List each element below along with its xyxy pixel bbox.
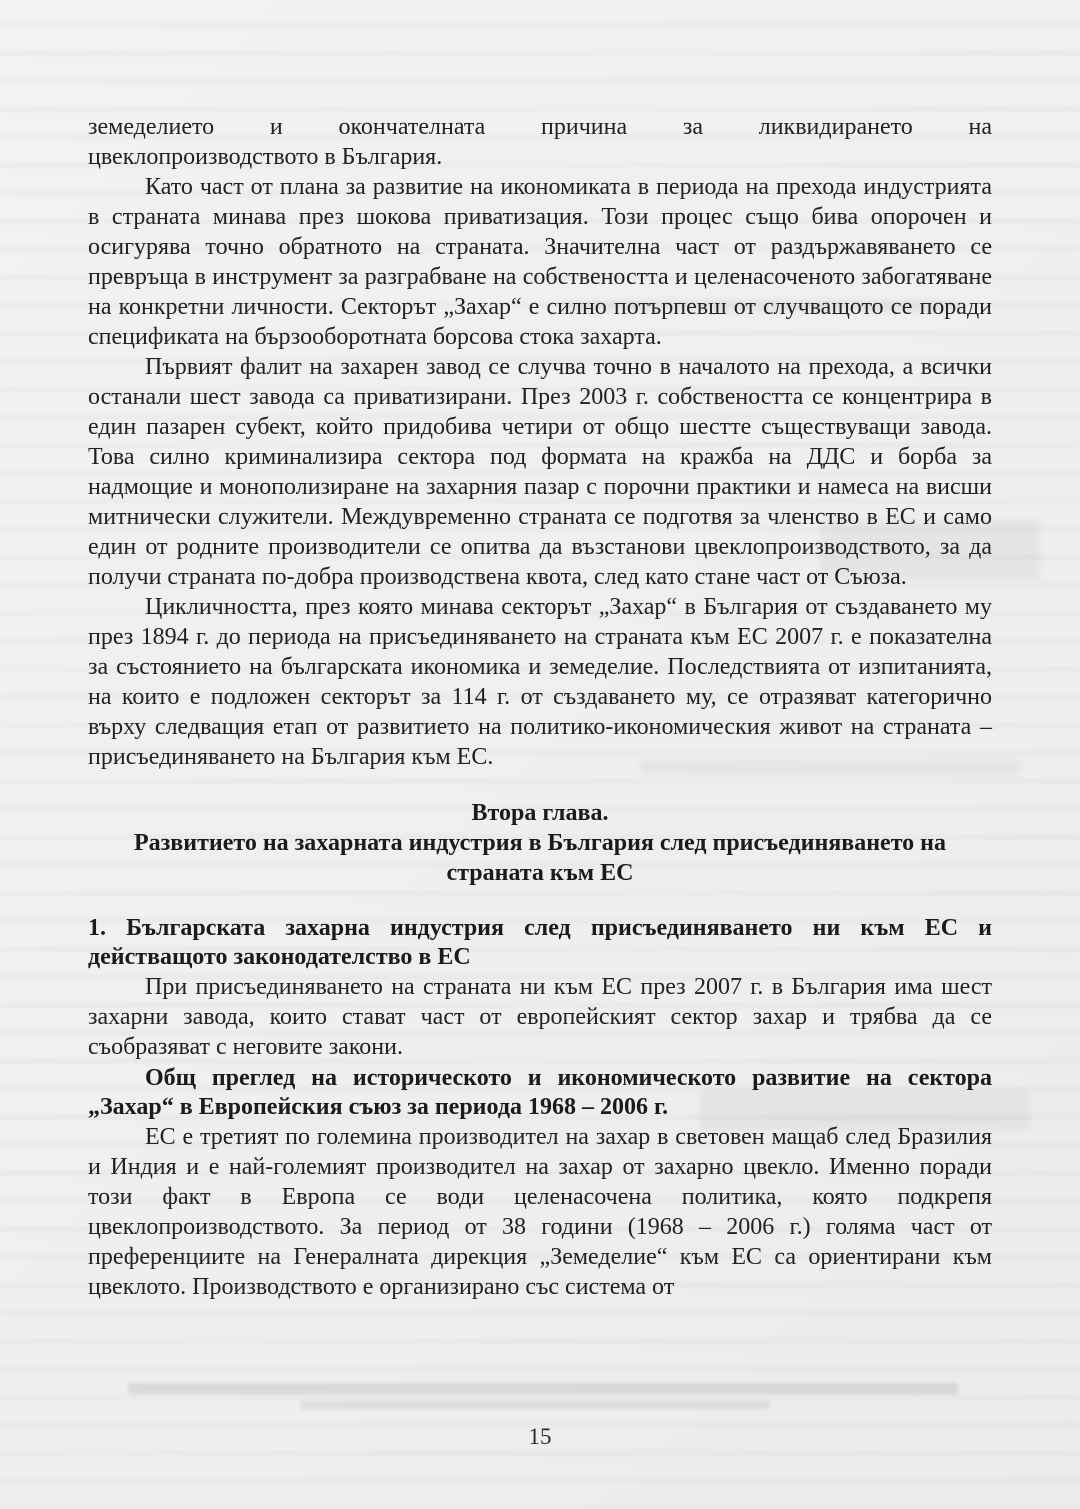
paragraph-accession-2007: При присъединяването на страната ни към … xyxy=(88,972,992,1062)
section-1-heading: 1. Българската захарна индустрия след пр… xyxy=(88,914,992,972)
scanned-document-page: земеделието и окончателната причина за л… xyxy=(0,0,1080,1509)
paragraph-eu-sugar-producer: ЕС е третият по големина производител на… xyxy=(88,1122,992,1302)
text-line: цвеклопроизводството в България. xyxy=(88,142,992,172)
paragraph-privatization: Като част от плана за развитие на иконом… xyxy=(88,172,992,352)
page-text-block: земеделието и окончателната причина за л… xyxy=(88,112,992,1302)
footnote-bleedthrough-line xyxy=(300,1401,770,1409)
subsection-heading-eu-overview: Общ преглед на историческото и икономиче… xyxy=(88,1064,992,1122)
page-number: 15 xyxy=(0,1424,1080,1450)
chapter-title-line: Развитието на захарната индустрия в Бълг… xyxy=(88,828,992,888)
paragraph-cyclicality: Цикличността, през която минава секторът… xyxy=(88,592,992,772)
paragraph-continuation: земеделието и окончателната причина за л… xyxy=(88,112,992,172)
chapter-heading: Втора глава. Развитието на захарната инд… xyxy=(88,798,992,888)
footnote-bleedthrough-line xyxy=(128,1383,958,1394)
text-line: земеделието и окончателната причина за л… xyxy=(88,112,992,142)
chapter-number-line: Втора глава. xyxy=(88,798,992,828)
paragraph-first-bankruptcy: Първият фалит на захарен завод се случва… xyxy=(88,352,992,592)
